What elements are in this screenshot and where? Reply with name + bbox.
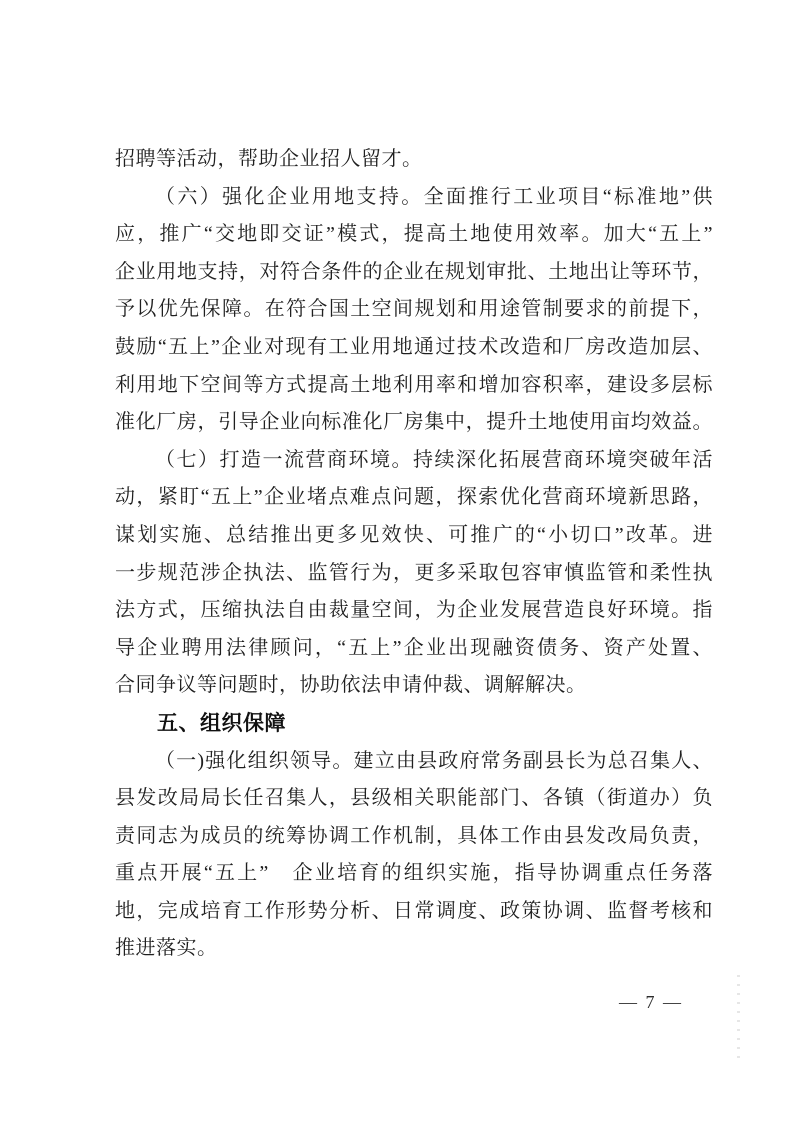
paragraph-line: 推进落实。 — [115, 930, 713, 968]
paragraph-line: 予以优先保障。在符合国土空间规划和用途管制要求的前提下， — [115, 291, 713, 329]
paragraph-start-line: （六）强化企业用地支持。全面推行工业项目“标准地”供 — [115, 179, 713, 217]
paragraph-line: 准化厂房，引导企业向标准化厂房集中，提升土地使用亩均效益。 — [115, 404, 713, 442]
paragraph-line: 责同志为成员的统筹协调工作机制，具体工作由县发改局负责， — [115, 818, 713, 856]
document-page: 招聘等活动，帮助企业招人留才。 （六）强化企业用地支持。全面推行工业项目“标准地… — [0, 0, 794, 1122]
paragraph-start-line: （一)强化组织领导。建立由县政府常务副县长为总召集人、 — [115, 743, 713, 781]
paragraph-line: 法方式，压缩执法自由裁量空间，为企业发展营造良好环境。指 — [115, 592, 713, 630]
page-number: — 7 — — [596, 992, 706, 1013]
paragraph-line: 谋划实施、总结推出更多见效快、可推广的“小切口”改革。进 — [115, 517, 713, 555]
paragraph-line: 招聘等活动，帮助企业招人留才。 — [115, 141, 713, 179]
paragraph-line: 动，紧盯“五上”企业堵点难点问题，探索优化营商环境新思路， — [115, 479, 713, 517]
document-body: 招聘等活动，帮助企业招人留才。 （六）强化企业用地支持。全面推行工业项目“标准地… — [115, 141, 713, 968]
paragraph-line: 利用地下空间等方式提高土地利用率和增加容积率，建设多层标 — [115, 367, 713, 405]
paragraph-start-line: （七）打造一流营商环境。持续深化拓展营商环境突破年活 — [115, 442, 713, 480]
paragraph-line: 企业用地支持，对符合条件的企业在规划审批、土地出让等环节， — [115, 254, 713, 292]
paragraph-line: 导企业聘用法律顾问，“五上”企业出现融资债务、资产处置、 — [115, 630, 713, 668]
paragraph-line: 合同争议等问题时，协助依法申请仲裁、调解解决。 — [115, 667, 713, 705]
paragraph-line: 地，完成培育工作形势分析、日常调度、政策协调、监督考核和 — [115, 893, 713, 931]
paragraph-line: 一步规范涉企执法、监管行为，更多采取包容审慎监管和柔性执 — [115, 555, 713, 593]
paragraph-line: 重点开展“五上” 企业培育的组织实施，指导协调重点任务落 — [115, 855, 713, 893]
paragraph-line: 县发改局局长任召集人，县级相关职能部门、各镇（街道办）负 — [115, 780, 713, 818]
scan-artifact — [737, 975, 740, 1065]
paragraph-line: 应，推广“交地即交证”模式，提高土地使用效率。加大“五上” — [115, 216, 713, 254]
paragraph-line: 鼓励“五上”企业对现有工业用地通过技术改造和厂房改造加层、 — [115, 329, 713, 367]
section-heading: 五、组织保障 — [115, 705, 713, 743]
